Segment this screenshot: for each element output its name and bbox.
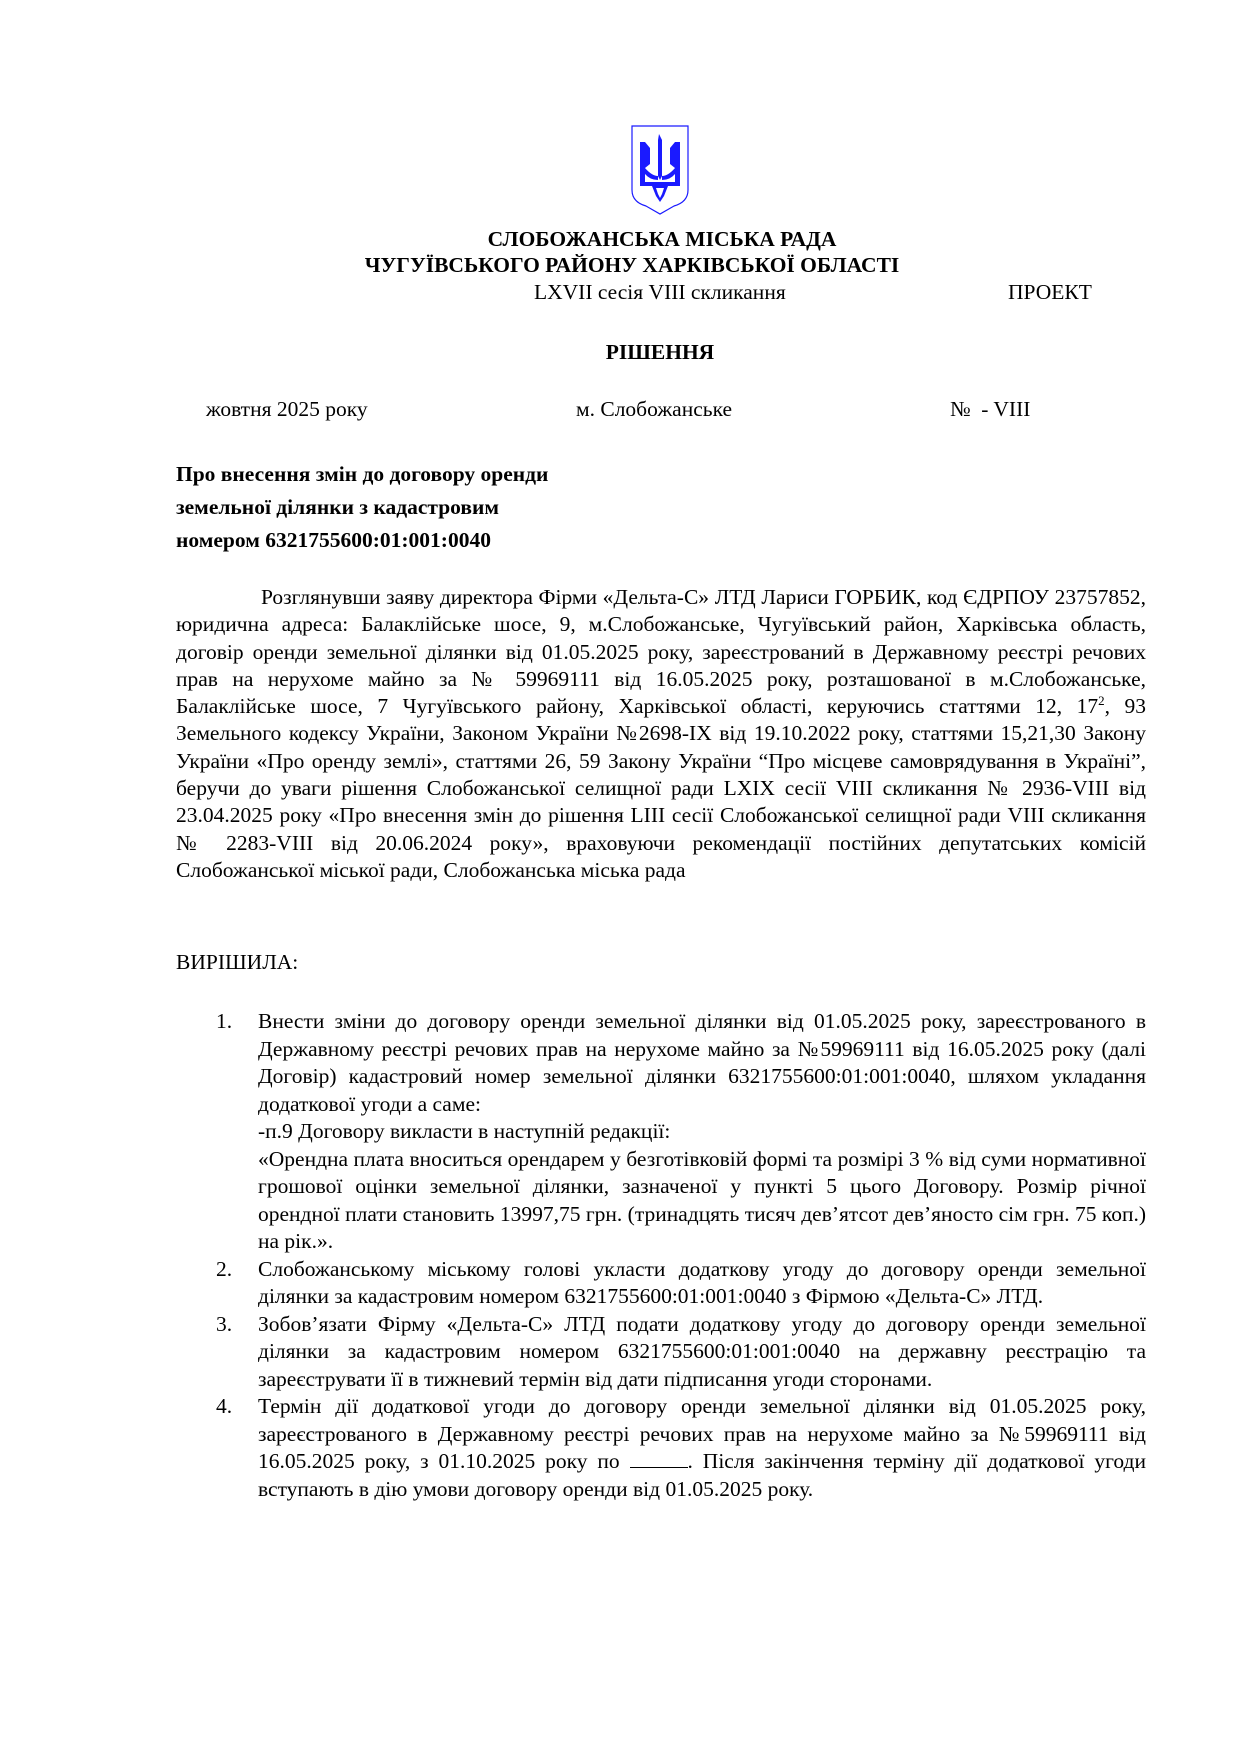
item-number: 2. [216,1256,232,1284]
decision-title: РІШЕННЯ [40,340,1240,365]
session-label: LXVII сесія VIII скликання [534,280,786,305]
subject-line: номером 6321755600:01:001:0040 [176,524,548,557]
item-text: Внести зміни до договору оренди земельно… [258,1008,1146,1118]
resolved-label: ВИРІШИЛА: [176,950,298,975]
item-text: Зобов’язати Фірму «Дельта-С» ЛТД подати … [258,1311,1146,1394]
district-name: ЧУГУЇВСЬКОГО РАЙОНУ ХАРКІВСЬКОЇ ОБЛАСТІ [12,252,1240,278]
blank-field [630,1449,688,1468]
list-item: 2. Слобожанському міському голові укласт… [176,1256,1146,1311]
decision-place: м. Слобожанське [576,397,732,422]
council-name: СЛОБОЖАНСЬКА МІСЬКА РАДА [42,226,1240,252]
item-text: Термін дії додаткової угоди до договору … [258,1393,1146,1503]
subject-line: Про внесення змін до договору оренди [176,458,548,491]
item-number: 3. [216,1311,232,1339]
item-number: 4. [216,1393,232,1421]
decision-date: жовтня 2025 року [206,397,368,422]
decision-subject: Про внесення змін до договору оренди зем… [176,458,548,557]
item-number: 1. [216,1008,232,1036]
preamble-text-1: Розглянувши заяву директора Фірми «Дельт… [176,585,1146,718]
item-quote: «Орендна плата вноситься орендарем у без… [258,1146,1146,1256]
item-text: Слобожанському міському голові укласти д… [258,1256,1146,1311]
list-item: 4. Термін дії додаткової угоди до догово… [176,1393,1146,1503]
coat-of-arms-icon [630,124,690,216]
preamble-text-2: , 93 Земельного кодексу України, Законом… [176,694,1146,882]
list-item: 3. Зобов’язати Фірму «Дельта-С» ЛТД пода… [176,1311,1146,1394]
resolution-list: 1. Внести зміни до договору оренди земел… [176,1008,1146,1503]
item-subtext: -п.9 Договору викласти в наступній редак… [258,1118,1146,1146]
list-item: 1. Внести зміни до договору оренди земел… [176,1008,1146,1256]
decision-number: № - VIII [950,397,1030,422]
preamble-paragraph: Розглянувши заяву директора Фірми «Дельт… [176,584,1146,884]
subject-line: земельної ділянки з кадастровим [176,491,548,524]
draft-label: ПРОЕКТ [1008,280,1092,305]
